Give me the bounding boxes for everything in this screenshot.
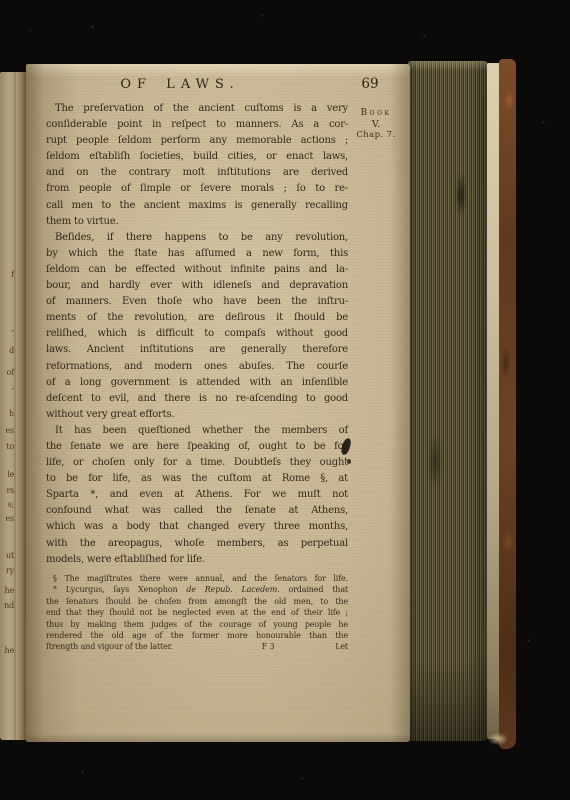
dust-specks <box>0 0 1 1</box>
left-page-edge: f-dof-hestolerss;esutryhendhe <box>0 72 28 740</box>
text-line: with the areopagus, whoſe members, as pe… <box>46 536 348 552</box>
left-page-fragment: he <box>0 586 14 595</box>
text-line: and on the contrary moſt inſtitutions ar… <box>46 165 348 181</box>
left-page-fragment: s; <box>0 500 14 509</box>
signature-mark: F 3 <box>234 641 275 652</box>
text-line: conſiderable point in reſpect to manners… <box>46 117 348 133</box>
left-page-fragment: f <box>0 270 14 279</box>
footnote-text: ſtrength and vigour of the latter. <box>46 641 173 652</box>
page-number: 69 <box>346 76 394 92</box>
text-line: laws. Ancient inſtitutions are generally… <box>46 342 348 358</box>
paragraph: Beſides, if there happens to be any revo… <box>46 230 348 423</box>
text-line: ſeldom can be effected without infinite … <box>46 262 348 278</box>
text-line: deſcent to evil, and there is no re-aſce… <box>46 391 348 407</box>
text-line: life, or choſen only for a time. Doubtle… <box>46 455 348 471</box>
book-photograph: f-dof-hestolerss;esutryhendhe OF LAWS. 6… <box>0 0 570 800</box>
fore-edge-shading <box>408 61 488 741</box>
fore-edge-page-stack <box>408 61 488 741</box>
text-line: The preſervation of the ancient cuſtoms … <box>46 101 348 117</box>
text-line: by which the ſtate has aſſumed a new for… <box>46 246 348 262</box>
margin-note-chapter: Chap. 7. <box>346 130 406 141</box>
text-line: rupt people ſeldom perform any memorable… <box>46 133 348 149</box>
footnote-segment: de Repub. Lacedem. <box>186 585 279 594</box>
paragraph: It has been queſtioned whether the membe… <box>46 423 348 568</box>
left-page-fragment: he <box>0 646 14 655</box>
body-paragraphs: The preſervation of the ancient cuſtoms … <box>46 101 348 568</box>
left-page-fragment: - <box>0 384 14 393</box>
leather-texture <box>499 59 516 749</box>
text-line: ſeldom eſtabliſh ſocieties, build cities… <box>46 149 348 165</box>
text-line: It has been queſtioned whether the membe… <box>46 423 348 439</box>
catchword: Let <box>335 641 348 652</box>
margin-note: Book V. Chap. 7. <box>346 108 406 141</box>
left-page-fragment: - <box>0 326 14 335</box>
running-header: OF LAWS. <box>60 77 300 92</box>
footnote-line: * Lycurgus, ſays Xenophon de Repub. Lace… <box>46 584 348 595</box>
footnote-line: the ſenators ſhould be choſen from among… <box>46 596 348 607</box>
fore-edge-stain <box>428 433 442 489</box>
footnote-line: § The magiſtrates there were annual, and… <box>46 573 348 584</box>
text-line: to be for life, as was the cuſtom at Rom… <box>46 471 348 487</box>
left-page-fragment: es <box>0 426 14 435</box>
text-line: without very great efforts. <box>46 407 348 423</box>
footnote-line: thus by making them judges of the courag… <box>46 619 348 630</box>
book-page: OF LAWS. 69 Book V. Chap. 7. The preſerv… <box>26 64 410 742</box>
left-page-fragment: le <box>0 470 14 479</box>
left-page-fragment: nd <box>0 601 14 610</box>
left-page-fragment: ry <box>0 566 14 575</box>
cover-worn-corner <box>488 733 508 745</box>
margin-note-book: Book <box>346 108 406 119</box>
footnote-segment: * Lycurgus, ſays Xenophon <box>53 585 186 594</box>
footnotes: § The magiſtrates there were annual, and… <box>46 573 348 653</box>
left-page-fragment: es <box>0 514 14 523</box>
footnote-segment: ordained that <box>280 585 348 594</box>
gutter-crease <box>14 72 16 740</box>
leather-cover-edge <box>499 59 516 749</box>
text-line: the ſenate we are here ſpeaking of, ough… <box>46 439 348 455</box>
ink-dot <box>347 459 351 464</box>
text-line: which was a body that changed every thre… <box>46 519 348 535</box>
text-line: bour, and hardly ever with idleneſs and … <box>46 278 348 294</box>
text-line: Beſides, if there happens to be any revo… <box>46 230 348 246</box>
left-page-fragment: d <box>0 346 14 355</box>
text-line: reformations, and modern ones abuſes. Th… <box>46 359 348 375</box>
left-page-fragment: h <box>0 409 14 418</box>
left-page-fragment: of <box>0 368 14 377</box>
text-line: models, were eſtabliſhed for life. <box>46 552 348 568</box>
text-line: confound what was called the ſenate at A… <box>46 503 348 519</box>
text-line: of a long government is attended with an… <box>46 375 348 391</box>
text-line: Sparta *, and even at Athens. For we muſ… <box>46 487 348 503</box>
text-line: them to virtue. <box>46 214 348 230</box>
text-line: ments of the revolution, are deſirous it… <box>46 310 348 326</box>
text-line: of manners. Even thoſe who have been the… <box>46 294 348 310</box>
paragraph: The preſervation of the ancient cuſtoms … <box>46 101 348 230</box>
fore-edge-stain <box>456 173 466 217</box>
footnote-last-line: ſtrength and vigour of the latter.F 3Let <box>46 641 348 652</box>
text-line: reliſhed, which is difficult to compaſs … <box>46 326 348 342</box>
margin-note-volume: V. <box>346 119 406 130</box>
left-page-fragment: ut <box>0 551 14 560</box>
footnote-line: rendered the old age of the former more … <box>46 630 348 641</box>
text-line: from people of ſimple or ſevere morals ;… <box>46 181 348 197</box>
left-page-fragment: rs <box>0 486 14 495</box>
left-page-fragment: to <box>0 442 14 451</box>
footnote-line: end that they ſhould not be neglected ev… <box>46 607 348 618</box>
text-line: call men to the ancient maxims is genera… <box>46 198 348 214</box>
